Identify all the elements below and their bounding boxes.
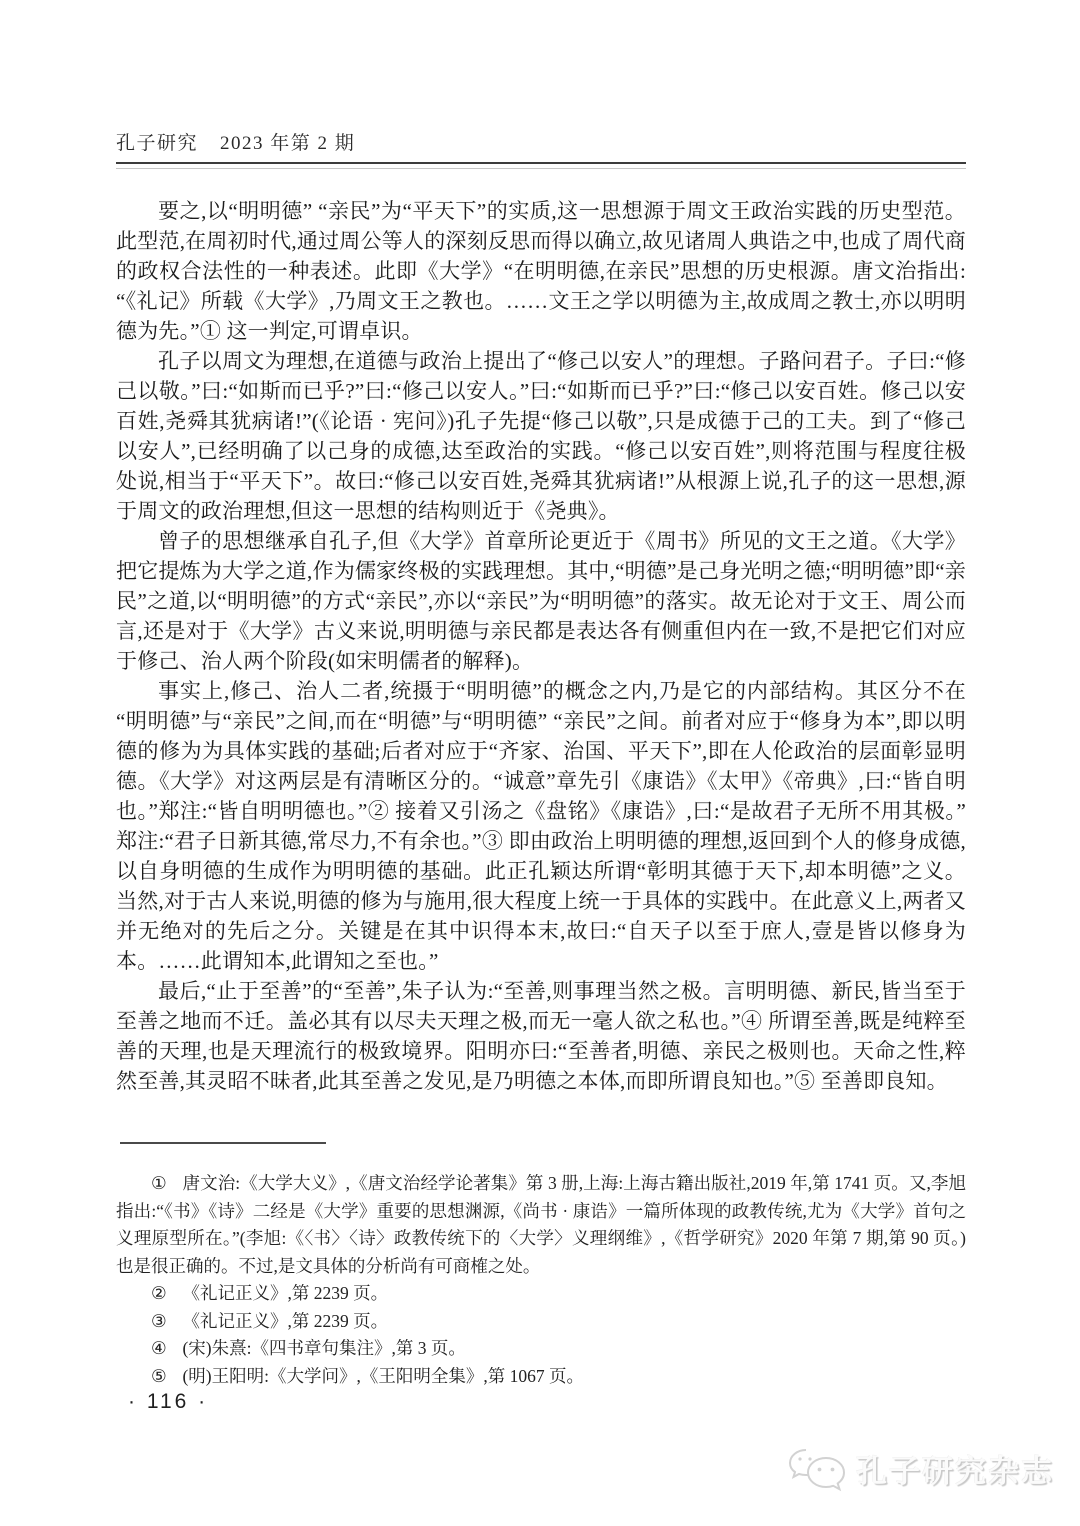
paragraph: 孔子以周文为理想,在道德与政治上提出了“修己以安人”的理想。子路问君子。子曰:“… xyxy=(116,346,966,526)
footnote-divider xyxy=(120,1142,326,1144)
scanned-journal-page: 孔子研究 2023 年第 2 期 要之,以“明明德” “亲民”为“平天下”的实质… xyxy=(0,0,1080,1526)
footnote-item: ③《礼记正义》,第 2239 页。 xyxy=(116,1308,966,1336)
footnote-item: ②《礼记正义》,第 2239 页。 xyxy=(116,1280,966,1308)
footnote-marker: ② xyxy=(151,1283,167,1303)
paragraph: 曾子的思想继承自孔子,但《大学》首章所论更近于《周书》所见的文王之道。《大学》把… xyxy=(116,526,966,676)
footnotes: ①唐文治:《大学大义》,《唐文治经学论著集》第 3 册,上海:上海古籍出版社,2… xyxy=(116,1170,966,1390)
footnote-text: 《礼记正义》,第 2239 页。 xyxy=(182,1311,388,1331)
journal-issue: 2023 年第 2 期 xyxy=(220,128,355,155)
footnote-item: ⑤(明)王阳明:《大学问》,《王阳明全集》,第 1067 页。 xyxy=(116,1363,966,1391)
page-content: 孔子研究 2023 年第 2 期 要之,以“明明德” “亲民”为“平天下”的实质… xyxy=(116,128,966,1390)
footnote-text: 唐文治:《大学大义》,《唐文治经学论著集》第 3 册,上海:上海古籍出版社,20… xyxy=(116,1173,966,1276)
paragraph: 最后,“止于至善”的“至善”,朱子认为:“至善,则事理当然之极。言明明德、新民,… xyxy=(116,976,966,1096)
footnote-item: ④(宋)朱熹:《四书章句集注》,第 3 页。 xyxy=(116,1335,966,1363)
page-number: · 116 · xyxy=(128,1390,208,1414)
footnote-marker: ① xyxy=(151,1173,167,1193)
footnote-text: (明)王阳明:《大学问》,《王阳明全集》,第 1067 页。 xyxy=(182,1366,584,1386)
footnote-text: (宋)朱熹:《四书章句集注》,第 3 页。 xyxy=(182,1338,465,1358)
paragraph: 事实上,修己、治人二者,统摄于“明明德”的概念之内,乃是它的内部结构。其区分不在… xyxy=(116,676,966,976)
paragraph: 要之,以“明明德” “亲民”为“平天下”的实质,这一思想源于周文王政治实践的历史… xyxy=(116,196,966,346)
header-divider xyxy=(116,162,966,169)
journal-header: 孔子研究 2023 年第 2 期 xyxy=(116,128,966,162)
footnote-text: 《礼记正义》,第 2239 页。 xyxy=(182,1283,388,1303)
footnote-marker: ③ xyxy=(151,1311,167,1331)
article-body: 要之,以“明明德” “亲民”为“平天下”的实质,这一思想源于周文王政治实践的历史… xyxy=(116,196,966,1096)
footnote-marker: ④ xyxy=(151,1338,167,1358)
wechat-icon xyxy=(786,1444,848,1492)
watermark-label: 孔子研究杂志 xyxy=(856,1446,1054,1491)
footnote-marker: ⑤ xyxy=(151,1366,167,1386)
journal-title: 孔子研究 xyxy=(116,128,198,155)
footnote-item: ①唐文治:《大学大义》,《唐文治经学论著集》第 3 册,上海:上海古籍出版社,2… xyxy=(116,1170,966,1280)
journal-watermark: 孔子研究杂志 xyxy=(786,1444,1054,1492)
